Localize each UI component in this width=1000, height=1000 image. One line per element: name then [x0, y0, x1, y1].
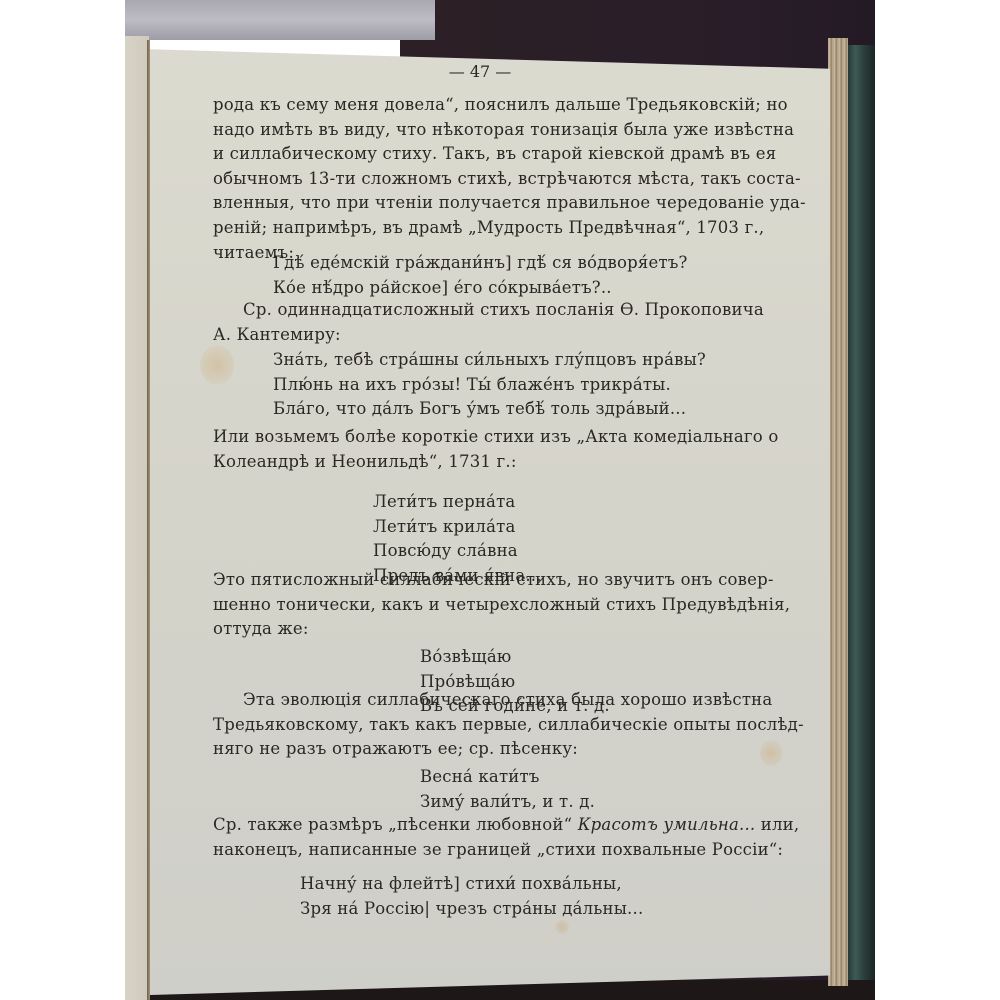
verse-line: Зря на́ Россію| чрезъ стра́ны да́льны... — [300, 897, 720, 922]
text-line: шенно тонически, какъ и четырехсложный с… — [213, 593, 758, 618]
text-line: оттуда же: — [213, 617, 758, 642]
paragraph-block: Ср. одиннадцатисложный стихъ посланія Ѳ.… — [213, 298, 758, 347]
paper-stain — [760, 740, 782, 766]
verse-line: Плю́нь на ихъ гро́зы! Ты́ блаже́нъ трикр… — [273, 373, 753, 398]
text-line: Ср. одиннадцатисложный стихъ посланія Ѳ.… — [213, 298, 758, 323]
verse-line: Гдѣ́ еде́мскій гра́ждани́нъ] гдѣ́ ся во́… — [273, 251, 753, 276]
verse-block: Зна́ть, тебѣ стра́шны си́льныхъ глу́пцов… — [273, 348, 753, 422]
text-line: наконецъ, написанные зе границей „стихи … — [213, 838, 758, 863]
text-line: Ср. также размѣръ „пѣсенки любовной“ Кра… — [213, 813, 758, 838]
paragraph-block: рода къ сему меня довела“, пояснилъ даль… — [213, 93, 758, 265]
text-line: Тредьяковскому, такъ какъ первые, силлаб… — [213, 713, 758, 738]
paragraph-block: Эта эволюція силлабическаго стиха была х… — [213, 688, 758, 762]
paragraph-block: Или возьмемъ болѣе короткіе стихи изъ „А… — [213, 425, 758, 474]
verse-line: Во́звѣща́ю — [420, 645, 720, 670]
book-cover-marbled — [845, 45, 875, 980]
verse-line: Ко́е нѣ́дро ра́йское] е́го со́крыва́етъ?… — [273, 276, 753, 301]
fabric-background — [125, 0, 435, 40]
text-line: Это пятисложный силлабическій стихъ, но … — [213, 568, 758, 593]
verse-block: Начну́ на флейтѣ] стихи́ похва́льны,Зря … — [300, 872, 720, 921]
text-line: Или возьмемъ болѣе короткіе стихи изъ „А… — [213, 425, 758, 450]
text-line: надо имѣть въ виду, что нѣкоторая тониза… — [213, 118, 758, 143]
italic-quote: Красотъ умильна... — [578, 815, 756, 834]
verse-block: Весна́ кати́тъЗиму́ вали́тъ, и т. д. — [420, 765, 720, 814]
verse-line: Весна́ кати́тъ — [420, 765, 720, 790]
text-line: обычномъ 13-ти сложномъ стихѣ, встрѣчают… — [213, 167, 758, 192]
text-line: А. Кантемиру: — [213, 323, 758, 348]
text-line: рода къ сему меня довела“, пояснилъ даль… — [213, 93, 758, 118]
text-line: и силлабическому стиху. Такъ, въ старой … — [213, 142, 758, 167]
text-line: вленныя, что при чтеніи получается прави… — [213, 191, 758, 216]
paragraph-block: Это пятисложный силлабическій стихъ, но … — [213, 568, 758, 642]
verse-line: Зна́ть, тебѣ стра́шны си́льныхъ глу́пцов… — [273, 348, 753, 373]
book-gutter — [147, 40, 150, 1000]
verse-line: Начну́ на флейтѣ] стихи́ похва́льны, — [300, 872, 720, 897]
text-line: няго не разъ отражаютъ ее; ср. пѣсенку: — [213, 737, 758, 762]
facing-page-sliver — [125, 36, 149, 1000]
text-line: реній; напримѣръ, въ драмѣ „Мудрость Пре… — [213, 216, 758, 241]
verse-line: Зиму́ вали́тъ, и т. д. — [420, 790, 720, 815]
verse-block: Гдѣ́ еде́мскій гра́ждани́нъ] гдѣ́ ся во́… — [273, 251, 753, 300]
text-line: Эта эволюція силлабическаго стиха была х… — [213, 688, 758, 713]
paper-stain — [555, 920, 569, 934]
paper-stain — [200, 345, 234, 385]
paragraph-block: Ср. также размѣръ „пѣсенки любовной“ Кра… — [213, 813, 758, 862]
verse-line: Лети́тъ перна́та — [373, 490, 673, 515]
page-edges-stack — [828, 38, 848, 986]
text-line: Колеандрѣ и Неонильдѣ“, 1731 г.: — [213, 450, 758, 475]
page-number: — 47 — — [440, 62, 520, 81]
verse-line: Бла́го, что да́лъ Богъ у́мъ тебѣ́ толь з… — [273, 397, 753, 422]
verse-line: Лети́тъ крила́та — [373, 515, 673, 540]
verse-line: Повсю́ду сла́вна — [373, 539, 673, 564]
